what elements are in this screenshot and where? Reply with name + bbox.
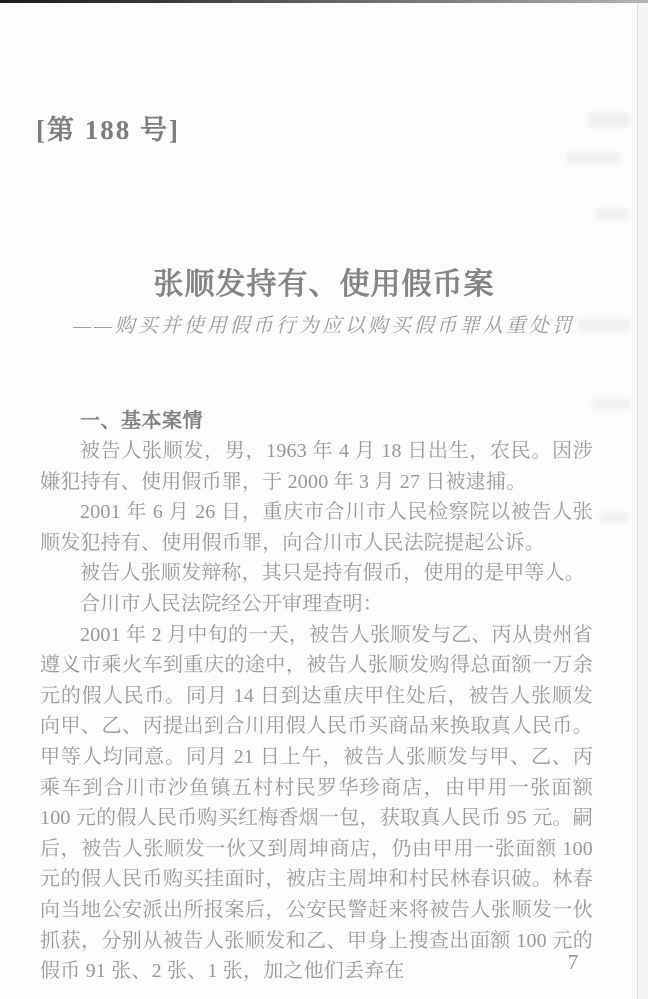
page-number: 7	[558, 950, 588, 975]
paragraph-list: 被告人张顺发，男，1963 年 4 月 18 日出生，农民。因涉嫌犯持有、使用假…	[40, 436, 593, 987]
page-showthrough-artifact	[596, 208, 630, 220]
body-paragraph: 合川市人民法院经公开审理查明：	[40, 589, 593, 620]
page-showthrough-artifact	[566, 152, 622, 164]
case-subtitle: ——购买并使用假币行为应以购买假币罪从重处罚	[0, 309, 648, 338]
body-paragraph: 2001 年 2 月中旬的一天，被告人张顺发与乙、丙从贵州省遵义市乘火车到重庆的…	[40, 620, 593, 987]
scan-right-margin-artifact	[638, 3, 648, 999]
page-showthrough-artifact	[600, 512, 628, 523]
scanned-book-page: [第 188 号] 张顺发持有、使用假币案 ——购买并使用假币行为应以购买假币罪…	[0, 0, 648, 999]
case-number: [第 188 号]	[36, 108, 180, 147]
page-showthrough-artifact	[592, 398, 630, 410]
body-paragraph: 被告人张顺发辩称，其只是持有假币，使用的是甲等人。	[40, 558, 593, 589]
body-paragraph: 2001 年 6 月 26 日，重庆市合川市人民检察院以被告人张顺发犯持有、使用…	[40, 497, 593, 558]
section-heading: 一、基本案情	[40, 406, 593, 436]
page-showthrough-artifact	[588, 112, 630, 128]
scan-top-edge-artifact	[0, 0, 648, 3]
case-title: 张顺发持有、使用假币案	[0, 259, 648, 303]
scan-page-edge-line	[637, 3, 638, 999]
body-paragraph: 被告人张顺发，男，1963 年 4 月 18 日出生，农民。因涉嫌犯持有、使用假…	[40, 436, 593, 497]
page-body: 一、基本案情 被告人张顺发，男，1963 年 4 月 18 日出生，农民。因涉嫌…	[40, 406, 593, 987]
